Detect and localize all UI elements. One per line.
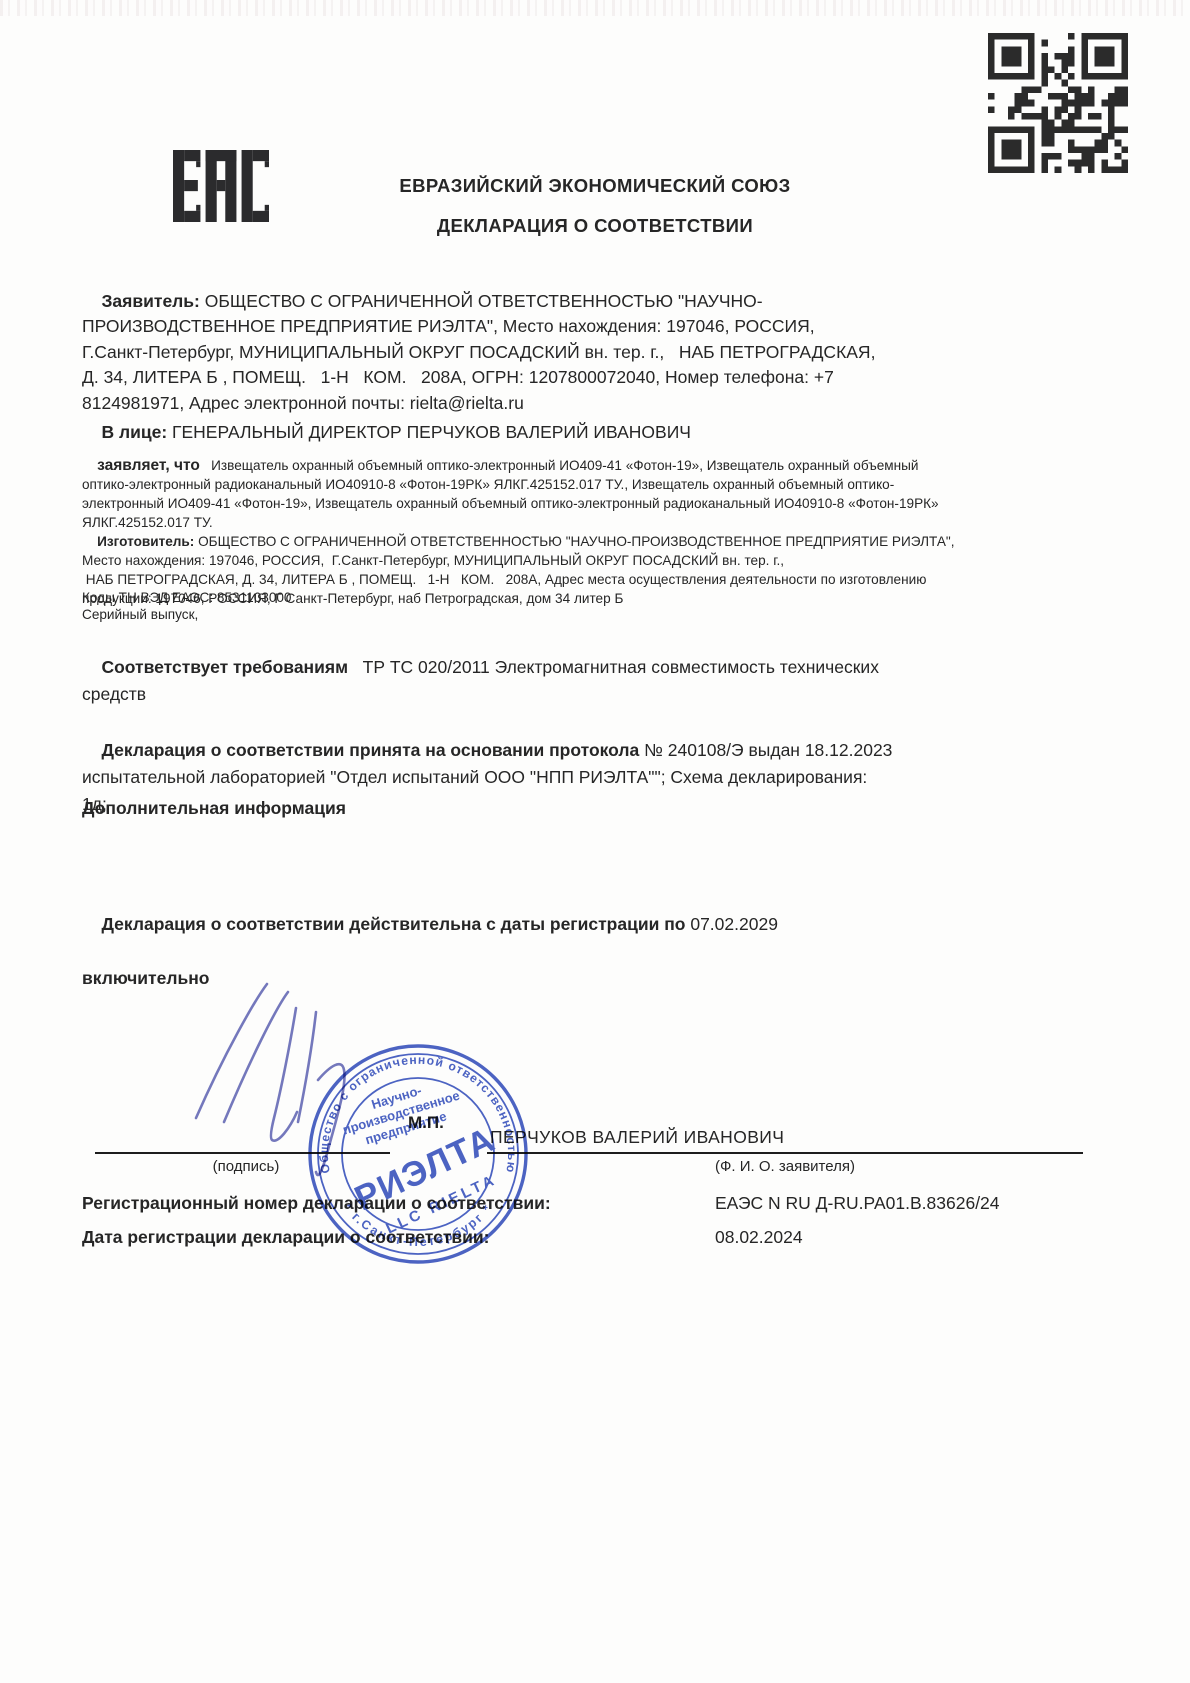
validity-date: 07.02.2029 bbox=[685, 914, 777, 934]
compliance-label: Соответствует требованиям bbox=[101, 657, 348, 677]
declaration-document: ЕВРАЗИЙСКИЙ ЭКОНОМИЧЕСКИЙ СОЮЗ ДЕКЛАРАЦИ… bbox=[0, 0, 1190, 1683]
applicant-label: Заявитель: bbox=[101, 291, 199, 311]
declares-label: заявляет, что bbox=[97, 457, 200, 474]
registration-date-value: 08.02.2024 bbox=[715, 1227, 803, 1248]
document-title: ДЕКЛАРАЦИЯ О СООТВЕТСТВИИ bbox=[80, 215, 1110, 237]
manufacturer-label: Изготовитель: bbox=[97, 534, 194, 549]
company-stamp: Общество с ограниченной ответственностью… bbox=[288, 1024, 548, 1289]
company-stamp-svg: Общество с ограниченной ответственностью… bbox=[288, 1024, 548, 1284]
basis-paragraph: Декларация о соответствии принята на осн… bbox=[82, 710, 1112, 845]
validity-label: Декларация о соответствии действительна … bbox=[101, 914, 685, 934]
basis-label: Декларация о соответствии принята на осн… bbox=[101, 740, 639, 760]
registration-number-value: ЕАЭС N RU Д-RU.РА01.В.83626/24 bbox=[715, 1193, 1000, 1214]
union-title: ЕВРАЗИЙСКИЙ ЭКОНОМИЧЕСКИЙ СОЮЗ bbox=[80, 175, 1110, 197]
name-line bbox=[487, 1152, 1083, 1154]
serial-line: Серийный выпуск, bbox=[82, 605, 1117, 624]
scan-noise-band bbox=[0, 0, 1190, 16]
name-caption: (Ф. И. О. заявителя) bbox=[585, 1158, 985, 1175]
additional-info-label: Дополнительная информация bbox=[82, 795, 1112, 822]
qr-code bbox=[988, 33, 1128, 178]
